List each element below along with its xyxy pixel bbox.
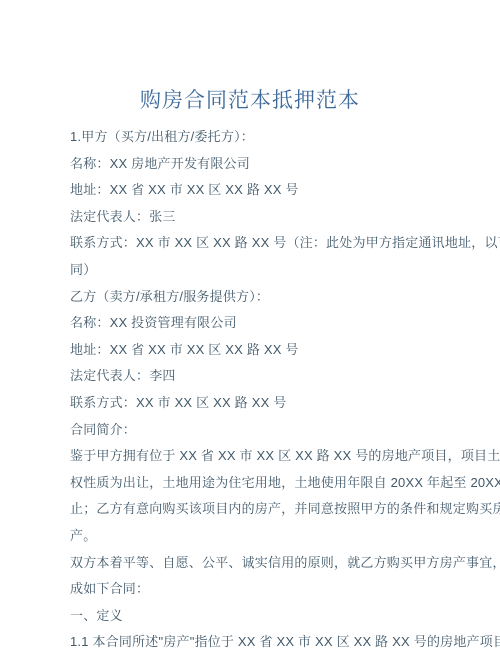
text-line: 法定代表人：李四 bbox=[70, 363, 432, 390]
text-line: 合同简介： bbox=[70, 417, 432, 444]
document-body: 1.甲方（买方/出租方/委托方）：名称：XX 房地产开发有限公司地址：XX 省 … bbox=[70, 124, 432, 656]
text-line: 乙方（卖方/承租方/服务提供方）： bbox=[70, 284, 432, 311]
text-line: 法定代表人：张三 bbox=[70, 204, 432, 231]
text-line: 名称：XX 投资管理有限公司 bbox=[70, 310, 432, 337]
text-line: 止；乙方有意向购买该项目内的房产，并同意按照甲方的条件和规定购买房 bbox=[70, 496, 432, 523]
text-line: 权性质为出让，土地用途为住宅用地，土地使用年限自 20XX 年起至 20XX 年 bbox=[70, 470, 432, 497]
text-line: 1.1 本合同所述"房产"指位于 XX 省 XX 市 XX 区 XX 路 XX … bbox=[70, 629, 432, 656]
text-line: 地址：XX 省 XX 市 XX 区 XX 路 XX 号 bbox=[70, 337, 432, 364]
text-line: 双方本着平等、自愿、公平、诚实信用的原则，就乙方购买甲方房产事宜，达 bbox=[70, 550, 432, 577]
text-line: 鉴于甲方拥有位于 XX 省 XX 市 XX 区 XX 路 XX 号的房地产项目，… bbox=[70, 443, 432, 470]
text-line: 名称：XX 房地产开发有限公司 bbox=[70, 151, 432, 178]
text-line: 产。 bbox=[70, 523, 432, 550]
text-line: 成如下合同： bbox=[70, 576, 432, 603]
text-line: 同） bbox=[70, 257, 432, 284]
text-line: 一、定义 bbox=[70, 603, 432, 630]
text-line: 联系方式：XX 市 XX 区 XX 路 XX 号 bbox=[70, 390, 432, 417]
text-line: 地址：XX 省 XX 市 XX 区 XX 路 XX 号 bbox=[70, 177, 432, 204]
text-line: 1.甲方（买方/出租方/委托方）： bbox=[70, 124, 432, 151]
document-page: 购房合同范本抵押范本 1.甲方（买方/出租方/委托方）：名称：XX 房地产开发有… bbox=[0, 0, 500, 657]
document-title: 购房合同范本抵押范本 bbox=[0, 84, 500, 114]
text-line: 联系方式：XX 市 XX 区 XX 路 XX 号（注：此处为甲方指定通讯地址，以… bbox=[70, 230, 432, 257]
